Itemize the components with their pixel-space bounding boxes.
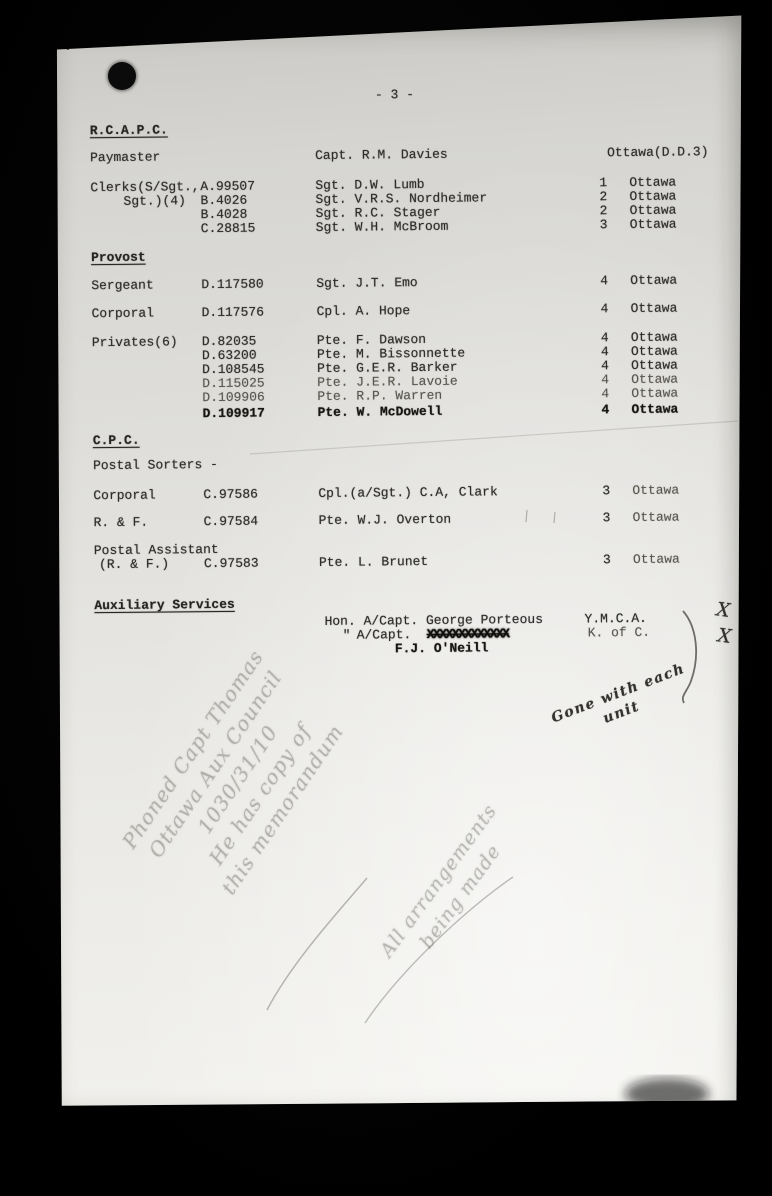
name-cell: Pte. L. Brunet bbox=[319, 554, 428, 570]
heading-label: Provost bbox=[91, 250, 146, 266]
row-sergeant: Sergeant D.117580 Sgt. J.T. Emo 4 Ottawa bbox=[51, 272, 743, 294]
location-cell: Ottawa bbox=[632, 510, 679, 525]
subheading-label: Postal Sorters - bbox=[93, 457, 218, 473]
row-cpc-corporal: Corporal C.97586 Cpl.(a/Sgt.) C.A, Clark… bbox=[53, 482, 745, 504]
screenshot-root: { "colors": { "background": "#030303", "… bbox=[0, 0, 772, 1196]
location-cell: Ottawa bbox=[631, 386, 678, 401]
location-cell: Ottawa bbox=[633, 552, 680, 567]
page-number: - 3 - bbox=[349, 87, 439, 103]
role-cell: Corporal bbox=[91, 306, 154, 322]
row-corporal: Corporal D.117576 Cpl. A. Hope 4 Ottawa bbox=[52, 300, 744, 322]
name-cell: Cpl. A. Hope bbox=[316, 303, 410, 319]
count-cell: 4 bbox=[601, 372, 609, 387]
count-cell: 4 bbox=[600, 301, 608, 316]
role-cell: Paymaster bbox=[90, 150, 160, 166]
role-cell: Corporal bbox=[93, 488, 156, 504]
role-cell: (R. & F.) bbox=[99, 556, 169, 572]
subheading-postal-sorters: Postal Sorters - bbox=[53, 452, 745, 474]
location-cell: Ottawa(D.D.3) bbox=[607, 144, 709, 160]
ditto-mark: " bbox=[343, 628, 351, 643]
number-cell: C.28815 bbox=[201, 221, 256, 237]
count-cell: 1 bbox=[599, 175, 607, 190]
section-heading-cpc: C.P.C. bbox=[53, 427, 745, 449]
name-cell: Sgt. W.H. McBroom bbox=[316, 219, 449, 235]
heading-label: R.C.A.P.C. bbox=[90, 122, 168, 138]
name-cell: Cpl.(a/Sgt.) C.A, Clark bbox=[318, 484, 498, 501]
number-cell: D.117576 bbox=[201, 305, 264, 321]
location-cell: Ottawa bbox=[630, 301, 677, 316]
count-cell: 4 bbox=[600, 273, 608, 288]
name-cell: Capt. R.M. Davies bbox=[315, 147, 448, 163]
heading-label: C.P.C. bbox=[93, 433, 140, 448]
count-cell: 2 bbox=[599, 189, 607, 204]
number-cell: D.109906 bbox=[202, 390, 265, 406]
location-cell: Ottawa bbox=[632, 483, 679, 498]
role-cell: Sergeant bbox=[91, 278, 154, 294]
count-cell: 3 bbox=[602, 510, 610, 525]
count-cell: 3 bbox=[603, 552, 611, 567]
count-cell: 4 bbox=[601, 330, 609, 345]
x-mark-1: X bbox=[715, 598, 731, 622]
name-cell: Sgt. J.T. Emo bbox=[316, 275, 418, 291]
count-cell: 4 bbox=[601, 402, 609, 417]
name-cell: Pte. R.P. Warren bbox=[317, 388, 442, 404]
paper-sheet: - 3 - R.C.A.P.C. Paymaster Capt. R.M. Da… bbox=[50, 10, 742, 1108]
number-cell: C.97586 bbox=[203, 487, 258, 503]
name-cell: Pte. W.J. Overton bbox=[318, 512, 451, 528]
name-cell: F.J. O'Neill bbox=[395, 640, 489, 656]
location-cell: Ottawa bbox=[630, 217, 677, 232]
count-cell: 3 bbox=[602, 483, 610, 498]
count-cell: 4 bbox=[601, 358, 609, 373]
count-cell: 4 bbox=[601, 386, 609, 401]
name-cell: Pte. W. McDowell bbox=[317, 404, 442, 420]
row-paymaster: Paymaster Capt. R.M. Davies Ottawa(D.D.3… bbox=[50, 144, 742, 166]
number-cell: C.97584 bbox=[203, 514, 258, 530]
role-cell: R. & F. bbox=[94, 515, 149, 531]
location-cell: Ottawa bbox=[630, 273, 677, 288]
row-cpc-r-and-f: R. & F. C.97584 Pte. W.J. Overton 3 Otta… bbox=[54, 509, 746, 531]
section-heading-rcapc: R.C.A.P.C. bbox=[50, 117, 742, 139]
number-cell: D.117580 bbox=[201, 277, 264, 293]
number-cell: D.109917 bbox=[202, 406, 265, 422]
count-cell: 2 bbox=[600, 203, 608, 218]
location-cell: Ottawa bbox=[631, 402, 678, 417]
section-heading-provost: Provost bbox=[51, 244, 743, 266]
count-cell: 4 bbox=[601, 344, 609, 359]
heading-label: Auxiliary Services bbox=[94, 597, 235, 613]
number-cell: C.97583 bbox=[204, 556, 259, 572]
count-cell: 3 bbox=[600, 217, 608, 232]
